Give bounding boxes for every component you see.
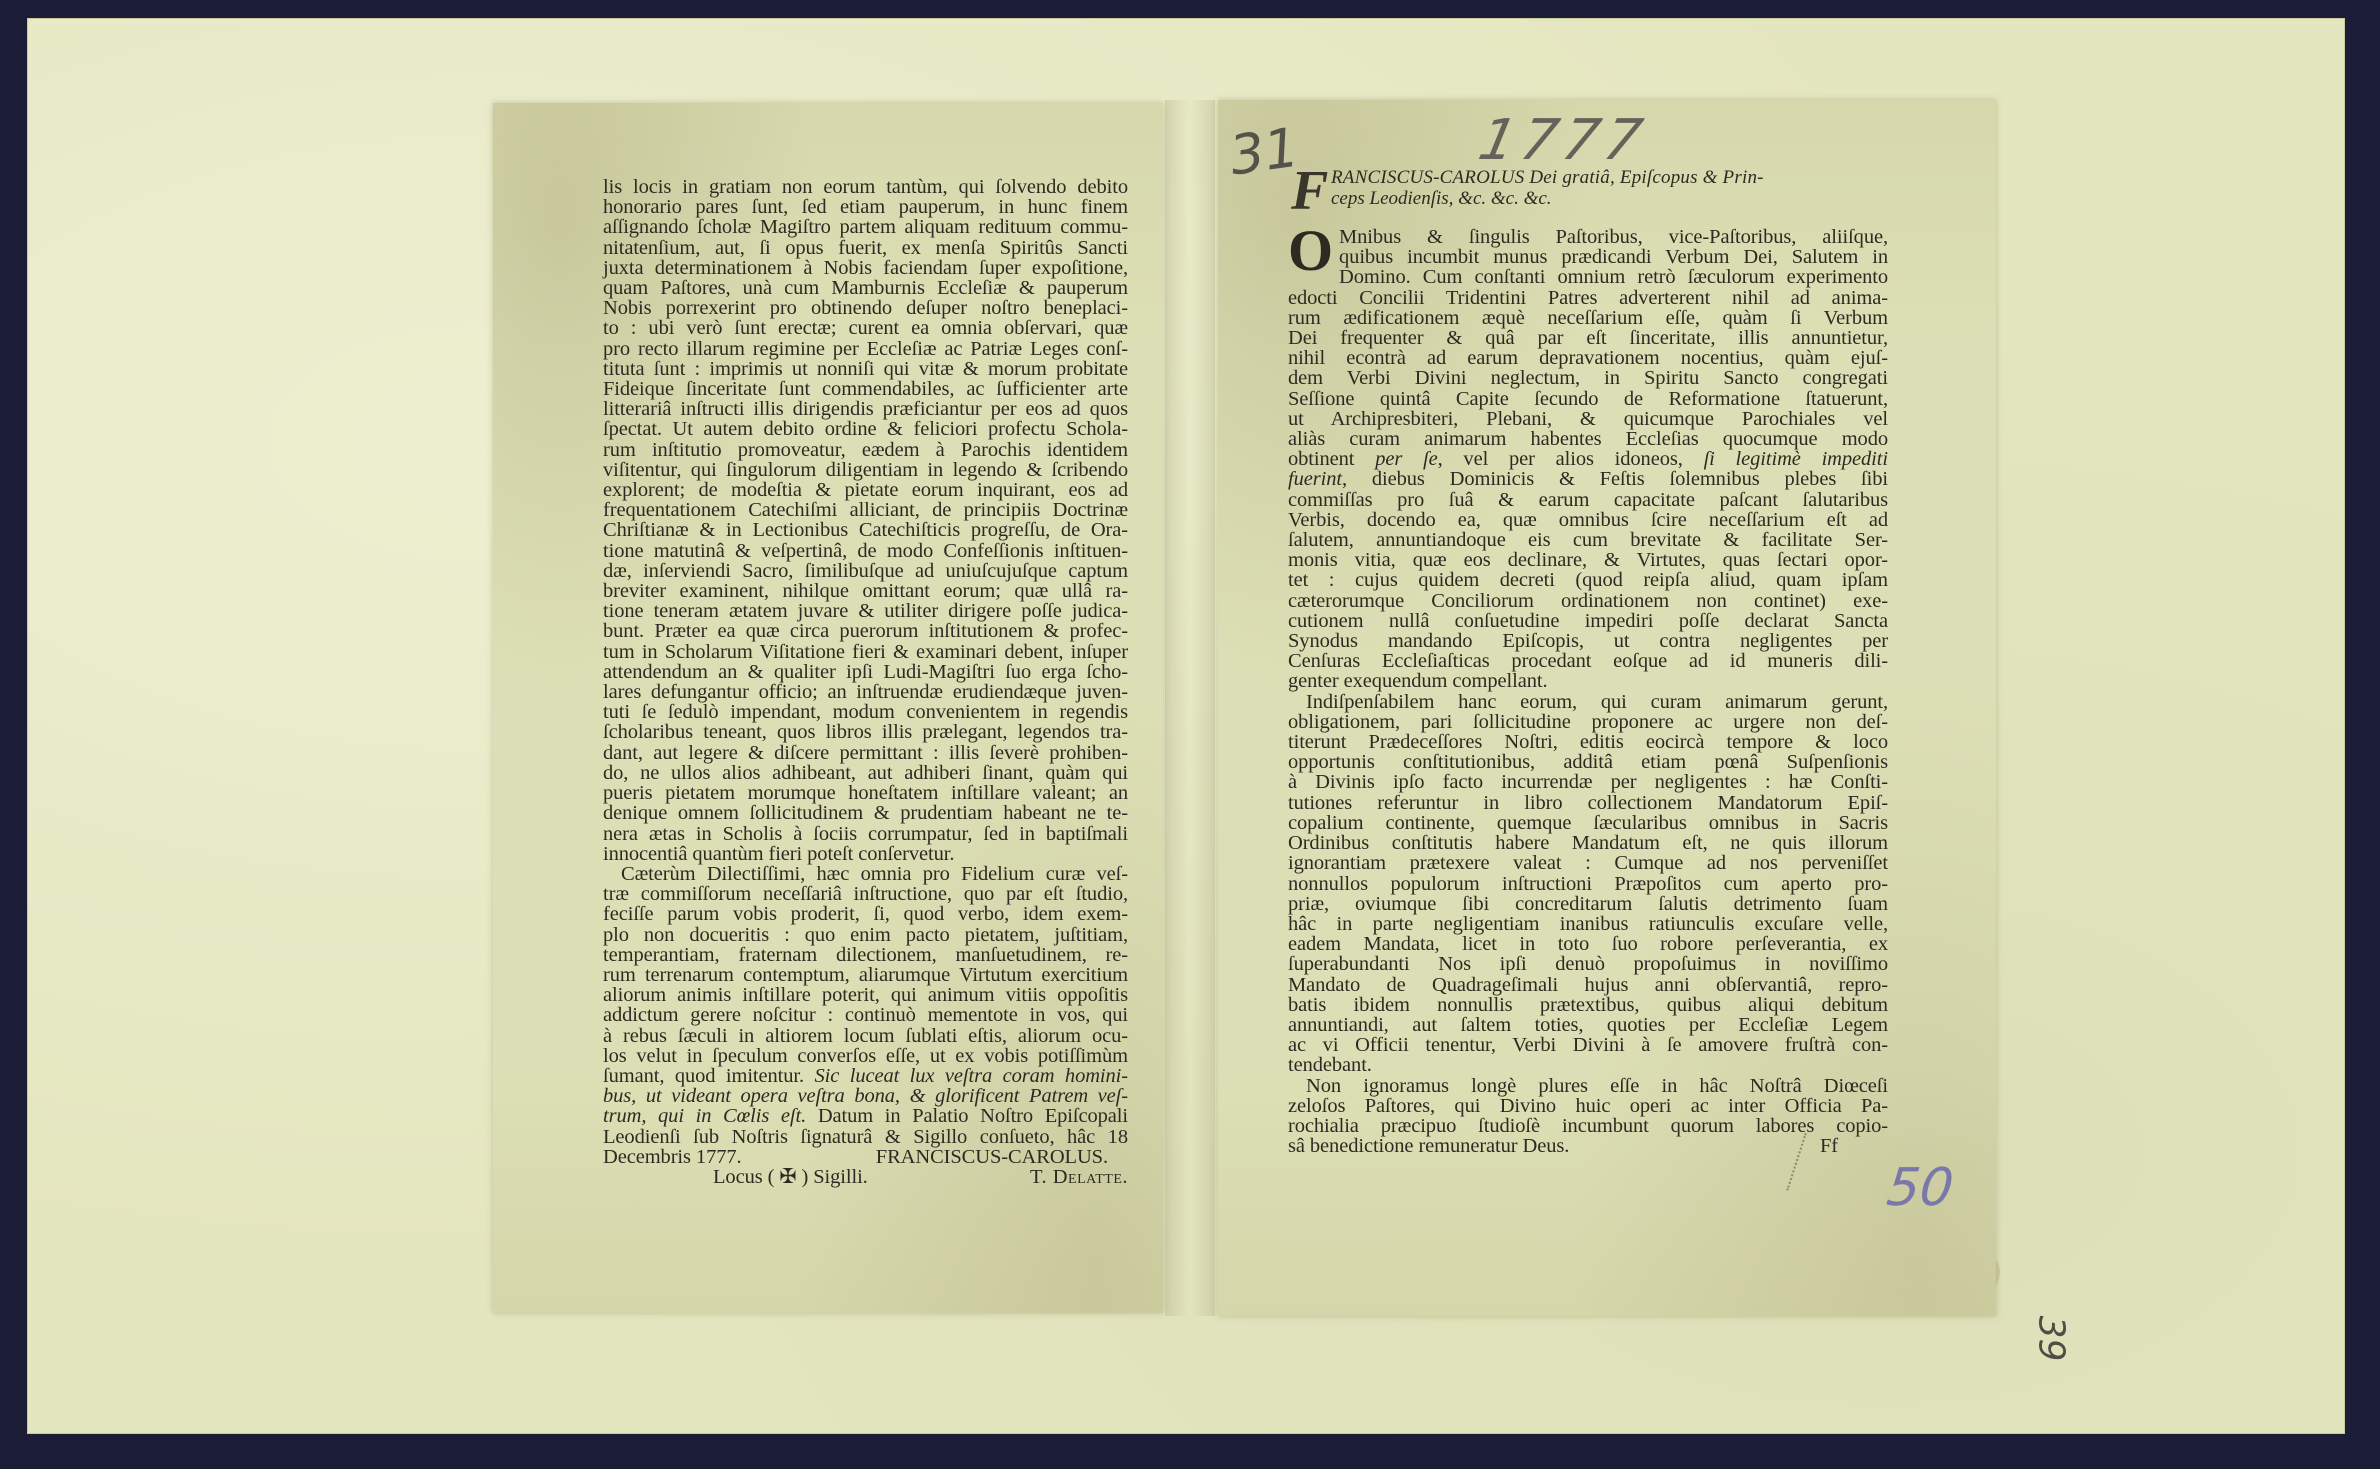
text-line: Mnibus & ſingulis Paſtoribus, vice-Paſto…: [1288, 227, 1888, 247]
text-line: à rebus ſæculi in altiorem locum ſublati…: [603, 1026, 1128, 1046]
text-line: cutionem nullâ conſuetudine impediri poſ…: [1288, 611, 1888, 631]
text-span: , vel per alios idoneos,: [1438, 448, 1704, 470]
text-line: annuntiandi, aut ſaltem toties, quoties …: [1288, 1015, 1888, 1035]
text-line: træ commiſſorum neceſſariâ inſtructione,…: [603, 884, 1128, 904]
drop-capital-o: O: [1288, 229, 1333, 273]
dating-clause: Datum in Palatio Noſtro Epiſcopali: [818, 1105, 1128, 1127]
text-line: Chriſtianæ & in Lectionibus Catechiſtici…: [603, 520, 1128, 540]
text-line: ſpectat. Ut autem debito ordine & felici…: [603, 419, 1128, 439]
text-line: bunt. Præter ea quæ circa puerorum inſti…: [603, 621, 1128, 641]
text-line: ſcholaribus teneant, quos libros illis p…: [603, 722, 1128, 742]
text-line: nonnullos populorum inſtructioni Præpoſi…: [1288, 874, 1888, 894]
text-line: rochialia præcipuo ſtudioſè incumbunt qu…: [1288, 1116, 1888, 1136]
text-line: cæterorumque Conciliorum ordinationem no…: [1288, 591, 1888, 611]
text-line: addictum gerere noſcitur : continuò meme…: [603, 1005, 1128, 1025]
text-line: rum inſtitutio promoveatur, eædem à Paro…: [603, 440, 1128, 460]
text-line: litterariâ inſtructi illis dirigendis pr…: [603, 399, 1128, 419]
bishop-signature: FRANCISCUS-CAROLUS.: [876, 1147, 1108, 1167]
text-span: ſi legitimè impediti: [1704, 448, 1888, 470]
text-line: priæ, oviumque ſibi concreditarum ſaluti…: [1288, 894, 1888, 914]
text-line: Verbis, docendo ea, quæ omnibus ſcire ne…: [1288, 510, 1888, 530]
text-line: dant, aut legere & diſcere permittant : …: [603, 743, 1128, 763]
text-line: opportunis conſtitutionibus, additâ etia…: [1288, 752, 1888, 772]
text-line: breviter examinent, nihilque omittant eo…: [603, 581, 1128, 601]
text-line: ignorantiam prætexere valeat : Cumque ad…: [1288, 853, 1888, 873]
text-line: quibus incumbit munus prædicandi Verbum …: [1288, 247, 1888, 267]
blue-pencil-number: 50: [1884, 1158, 1956, 1218]
text-line: ſuperabundanti Nos ipſi denuò propoſuimu…: [1288, 954, 1888, 974]
text-line: Nobis porrexerint pro obtinendo deſuper …: [603, 298, 1128, 318]
text-line: tet : cujus quidem decreti (quod reipſa …: [1288, 570, 1888, 590]
text-line: tutiones referuntur in libro collectione…: [1288, 793, 1888, 813]
scripture-quote: Sic luceat lux veſtra coram homini-: [815, 1065, 1128, 1087]
text-line: obligationem, pari ſollicitudine propone…: [1288, 712, 1888, 732]
text-line: commiſſas pro ſuâ & earum capacitate paſ…: [1288, 490, 1888, 510]
text-line: nitatenſium, aut, ſi opus fuerit, ex men…: [603, 238, 1128, 258]
text-line: los velut in ſpeculum converſos eſſe, ut…: [603, 1046, 1128, 1066]
left-page: lis locis in gratiam non eorum tantùm, q…: [493, 103, 1163, 1313]
text-line: trum, qui in Cœlis eſt. Datum in Palatio…: [603, 1106, 1128, 1126]
text-line: Ordinibus conſtitutis habere Mandatum eſ…: [1288, 833, 1888, 853]
text-span: ſumant, quod imitentur.: [603, 1065, 804, 1087]
seal-notation: Locus ( ✠ ) Sigilli.: [713, 1167, 868, 1187]
text-line: tituta ſunt : imprimis ut nonniſi qui vi…: [603, 359, 1128, 379]
text-line: to : ubi verò ſunt erectæ; curent ea omn…: [603, 318, 1128, 338]
seal-label: Sigilli.: [813, 1166, 867, 1188]
text-line: pueris pietatem morumque honeſtatem inſt…: [603, 783, 1128, 803]
text-line: nihil econtrà ad earum depravationem noc…: [1288, 348, 1888, 368]
text-line: tum in Scholarum Viſitatione fieri & exa…: [603, 642, 1128, 662]
text-line: pro recto illarum regimine per Eccleſiæ …: [603, 339, 1128, 359]
text-line: tione matutinâ & veſpertinâ, de modo Con…: [603, 541, 1128, 561]
text-line: fuerint, diebus Dominicis & Feſtis ſolem…: [1288, 469, 1888, 489]
text-line: monis vitia, quæ eos declinare, & Virtut…: [1288, 550, 1888, 570]
seal-label: Locus: [713, 1166, 763, 1188]
date-signature-line: Decembris 1777.FRANCISCUS-CAROLUS.: [603, 1147, 1128, 1167]
heading-line-2: ceps Leodienſis, &c. &c. &c.: [1331, 188, 1552, 210]
text-line: obtinent per ſe, vel per alios idoneos, …: [1288, 449, 1888, 469]
dating-clause: Leodienſi ſub Noſtris ſignaturâ & Sigill…: [603, 1127, 1128, 1147]
text-line: innocentiâ quantùm fieri poteſt conſerve…: [603, 844, 1128, 864]
text-line: viſitentur, qui ſingulorum diligentiam i…: [603, 460, 1128, 480]
text-line: Cenſuras Eccleſiaſticas procedant eoſque…: [1288, 651, 1888, 671]
text-span: fuerint: [1288, 468, 1342, 490]
text-line: tuti ſe ſedulò impendant, modum convenie…: [603, 702, 1128, 722]
text-line: tione teneram ætatem juvare & utiliter d…: [603, 601, 1128, 621]
closing-text: sâ benedictione remuneratur Deus.: [1288, 1136, 1569, 1156]
opening-paragraph: OMnibus & ſingulis Paſtoribus, vice-Paſt…: [1288, 227, 1888, 692]
text-line: lis locis in gratiam non eorum tantùm, q…: [603, 177, 1128, 197]
text-span: per ſe: [1375, 448, 1437, 470]
scripture-quote: trum, qui in Cœlis eſt.: [603, 1105, 806, 1127]
text-line: frequentationem Catechiſmi alliciant, de…: [603, 500, 1128, 520]
text-line: lares defungantur officio; an inſtruendæ…: [603, 682, 1128, 702]
right-page-text: OMnibus & ſingulis Paſtoribus, vice-Paſt…: [1288, 227, 1888, 1156]
text-line: Seſſione quintâ Capite ſecundo de Reform…: [1288, 389, 1888, 409]
text-line: Dei frequenter & quâ par eſt ſinceritate…: [1288, 328, 1888, 348]
text-line: honorario pares ſunt, ſed etiam pauperum…: [603, 197, 1128, 217]
text-line: zeloſos Paſtores, qui Divino huic operi …: [1288, 1096, 1888, 1116]
text-line: Cæterùm Dilectiſſimi, hæc omnia pro Fide…: [603, 864, 1128, 884]
text-line: aſſignando ſcholæ Magiſtro partem aliqua…: [603, 217, 1128, 237]
text-line: rum terrenarum contemptum, aliarumque Vi…: [603, 965, 1128, 985]
text-line: Synodus mandando Epiſcopis, ut contra ne…: [1288, 631, 1888, 651]
text-line: ac vi Officii tenentur, Verbi Divini à ſ…: [1288, 1035, 1888, 1055]
text-line: quam Paſtores, unà cum Mamburnis Eccleſi…: [603, 278, 1128, 298]
text-line: Domino. Cum conſtanti omnium retrò ſæcul…: [1288, 267, 1888, 287]
page-gutter: [1165, 100, 1215, 1316]
text-line: denique omnem ſollicitudinem & prudentia…: [603, 803, 1128, 823]
secretary-signature: T. Delatte.: [1030, 1167, 1128, 1187]
left-page-text: lis locis in gratiam non eorum tantùm, q…: [603, 177, 1128, 1187]
text-line: aliàs curam animarum habentes Eccleſias …: [1288, 429, 1888, 449]
text-line: aliorum animis inſtillare poterit, qui a…: [603, 985, 1128, 1005]
date-text: Decembris 1777.: [603, 1147, 742, 1167]
text-line: à Divinis ipſo facto incurrendæ per negl…: [1288, 772, 1888, 792]
handwritten-year: 1777: [1473, 108, 1653, 173]
text-line: ſumant, quod imitentur. Sic luceat lux v…: [603, 1066, 1128, 1086]
text-line: dem Verbi Divini neglectum, in Spiritu S…: [1288, 368, 1888, 388]
text-line: explorent; de modeſtia & pietate eorum i…: [603, 480, 1128, 500]
text-line: edocti Concilii Tridentini Patres advert…: [1288, 288, 1888, 308]
text-line: nera ætas in Scholis à ſociis corrumpatu…: [603, 824, 1128, 844]
margin-folio-number: 39: [2030, 1316, 2071, 1362]
text-line: Mandato de Quadrageſimali hujus anni obſ…: [1288, 975, 1888, 995]
text-span: , diebus Dominicis & Feſtis ſolemnibus p…: [1342, 468, 1888, 490]
text-line: plo non docueritis : quo enim pacto piet…: [603, 925, 1128, 945]
text-line: Indiſpenſabilem hanc eorum, qui curam an…: [1288, 692, 1888, 712]
text-line: attendendum an & qualiter ipſi Ludi-Magi…: [603, 662, 1128, 682]
text-line: ut Archipresbiteri, Plebani, & quicumque…: [1288, 409, 1888, 429]
right-page: F RANCISCUS-CAROLUS Dei gratiâ, Epiſcopu…: [1218, 100, 1996, 1316]
text-line: tendebant.: [1288, 1055, 1888, 1075]
seal-line: Locus ( ✠ ) Sigilli.T. Delatte.: [603, 1167, 1128, 1187]
text-line: copalium continente, quemque ſæcularibus…: [1288, 813, 1888, 833]
text-line: feciſſe parum vobis proderit, ſi, quod v…: [603, 904, 1128, 924]
text-line: ſalutem, annuntiandoque eis cum brevitat…: [1288, 530, 1888, 550]
handwritten-number-31: 31: [1226, 116, 1303, 188]
text-line: hâc in parte negligentiam inanibus ratiu…: [1288, 914, 1888, 934]
text-line: rum ædificationem æquè neceſſarium eſſe,…: [1288, 308, 1888, 328]
text-line: eadem Mandata, licet in toto ſuo robore …: [1288, 934, 1888, 954]
text-line: temperantiam, fraternam dilectionem, man…: [603, 945, 1128, 965]
scripture-quote: bus, ut videant opera veſtra bona, & glo…: [603, 1086, 1128, 1106]
text-span: obtinent: [1288, 448, 1375, 470]
cross-seal-icon: ✠: [779, 1166, 796, 1188]
text-line: Fideique ſinceritate ſunt commendabiles,…: [603, 379, 1128, 399]
text-line: batis ibidem nonnullis prætextibus, quib…: [1288, 995, 1888, 1015]
text-line: do, ne ullos alios adhibeant, aut adhibe…: [603, 763, 1128, 783]
text-line: genter exequendum compellant.: [1288, 671, 1888, 691]
text-line: dæ, inſerviendi Sacro, ſimilibuſque ad u…: [603, 561, 1128, 581]
text-line: titerunt Prædeceſſores Noſtri, editis eo…: [1288, 732, 1888, 752]
text-line: Non ignoramus longè plures eſſe in hâc N…: [1288, 1076, 1888, 1096]
text-line: juxta determinationem à Nobis faciendam …: [603, 258, 1128, 278]
